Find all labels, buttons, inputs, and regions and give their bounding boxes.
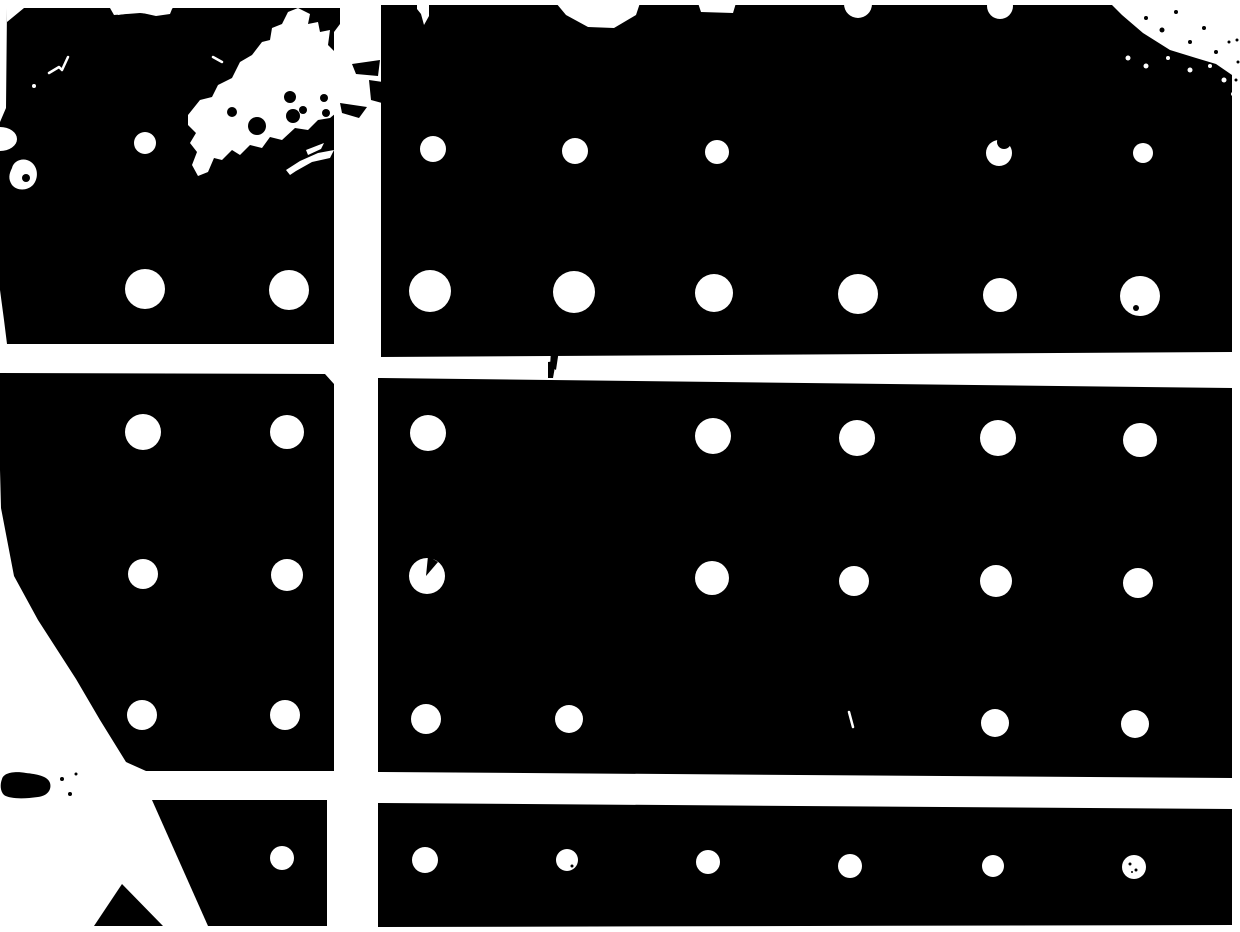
perforation-dot	[562, 138, 588, 164]
perforation-dot	[420, 136, 446, 162]
panel-mid-right	[378, 378, 1232, 778]
perforation-dot	[412, 847, 438, 873]
binary-image: Binary thresholded photograph: black per…	[0, 0, 1240, 932]
perforation-dot	[839, 566, 869, 596]
blob-hole	[248, 117, 266, 135]
top-edge-bite	[698, 3, 736, 13]
perforation-dot	[1123, 423, 1157, 457]
perforation-dot	[270, 700, 300, 730]
panel-top-right	[381, 5, 1232, 357]
fringe-speck	[1126, 56, 1131, 61]
speck	[222, 92, 226, 96]
crescent-bite	[997, 135, 1011, 149]
debris-speck	[68, 792, 72, 796]
corner-speckle	[1237, 61, 1240, 64]
perforation-dot	[982, 855, 1004, 877]
perforation-dot	[409, 558, 445, 594]
corner-speckle	[1174, 10, 1178, 14]
corner-speckle	[1144, 16, 1148, 20]
perforation-dot	[838, 854, 862, 878]
dot-speck	[1129, 863, 1132, 866]
perforation-dot	[409, 270, 451, 312]
perforation-dot	[1120, 276, 1160, 316]
perforation-dot	[555, 705, 583, 733]
perforation-dot	[695, 418, 731, 454]
dot-speck	[1131, 871, 1133, 873]
corner-speckle	[1236, 39, 1239, 42]
edge-bump-black	[369, 80, 383, 103]
blob-hole	[286, 109, 300, 123]
corner-speckle	[1151, 45, 1154, 48]
corner-speckle	[1235, 79, 1238, 82]
dot-speck	[571, 865, 574, 868]
fringe-speck	[1233, 106, 1237, 110]
fringe-speck	[1188, 68, 1193, 73]
perforation-dot	[270, 415, 304, 449]
blob-hole	[227, 107, 237, 117]
panel-bottom-right	[378, 803, 1232, 927]
fringe-speck	[1166, 56, 1170, 60]
blob-hole	[299, 106, 307, 114]
perforation-dot	[553, 271, 595, 313]
corner-speckle	[1188, 40, 1192, 44]
perforation-dot	[695, 561, 729, 595]
perforation-dot	[125, 269, 165, 309]
fringe-speck	[1208, 64, 1212, 68]
dot-speck	[1133, 305, 1139, 311]
perforation-dot	[980, 565, 1012, 597]
perforation-dot	[128, 559, 158, 589]
blob-hole	[320, 94, 328, 102]
speck	[32, 84, 36, 88]
debris-speck	[60, 777, 64, 781]
perforation-dot	[269, 270, 309, 310]
perforation-dot	[125, 414, 161, 450]
perforation-dot	[556, 849, 578, 871]
corner-speckle	[1228, 41, 1231, 44]
perforation-dot	[696, 850, 720, 874]
perforation-dot	[271, 559, 303, 591]
perforation-dot	[695, 274, 733, 312]
binary-image-stage: Binary thresholded photograph: black per…	[0, 0, 1240, 932]
perforation-dot	[1133, 143, 1153, 163]
ring-hole	[22, 174, 30, 182]
corner-speckle	[1214, 50, 1218, 54]
perforation-dot	[983, 278, 1017, 312]
blob-hole	[322, 109, 330, 117]
fringe-speck	[1144, 64, 1149, 69]
blob-hole	[284, 91, 296, 103]
perforation-dot	[705, 140, 729, 164]
perforation-dot	[981, 709, 1009, 737]
perforation-dot	[410, 415, 446, 451]
perforation-dot	[1123, 568, 1153, 598]
corner-speckle	[1160, 28, 1165, 33]
perforation-dot	[127, 700, 157, 730]
corner-speckle	[1202, 26, 1206, 30]
perforation-dot	[1121, 710, 1149, 738]
perforation-dot	[411, 704, 441, 734]
perforation-dot	[1122, 855, 1146, 879]
perforation-dot	[839, 420, 875, 456]
perforation-dot	[838, 274, 878, 314]
fringe-speck	[1231, 92, 1235, 96]
fringe-speck	[1222, 78, 1227, 83]
perforation-dot	[270, 846, 294, 870]
perforation-dot	[134, 132, 156, 154]
perforation-dot	[980, 420, 1016, 456]
dot-speck	[1135, 869, 1138, 872]
debris-speck	[75, 773, 78, 776]
